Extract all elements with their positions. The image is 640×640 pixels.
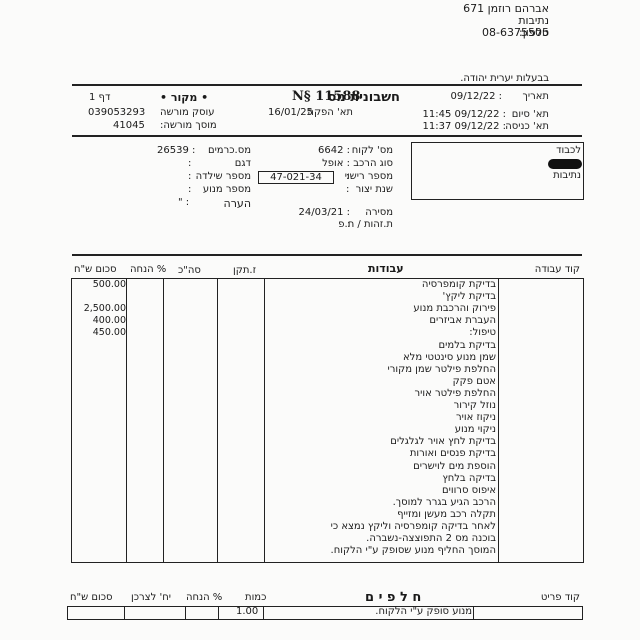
service-line: בדיקה בלחץ bbox=[442, 473, 496, 484]
invoice-number: N§ 11588 bbox=[292, 89, 360, 104]
date-label: תאריך bbox=[522, 91, 549, 102]
header-total-hours: סה"כ bbox=[178, 265, 201, 276]
part-description: מנוע סופק ע"י הלקוח. bbox=[375, 606, 472, 617]
header-parts-discount: % הנחה bbox=[186, 592, 222, 603]
services-table bbox=[71, 278, 584, 563]
chassis-label: מספר שילדה bbox=[196, 171, 251, 182]
service-line: לאחר בדיקה קומפרסיה וליקץ נמצא כי bbox=[331, 521, 496, 532]
original-label: • מקור • bbox=[160, 91, 208, 104]
service-line: טיפול: bbox=[469, 327, 496, 338]
header-parts: ח ל פ י ם bbox=[365, 590, 421, 605]
col-divider bbox=[473, 606, 474, 620]
service-line: בדיקת ליקץ' bbox=[443, 291, 496, 302]
year-label: שנת יצור bbox=[356, 184, 393, 195]
dealer-value: 039053293 bbox=[88, 107, 145, 118]
header-tech-time: ז.תקן bbox=[233, 265, 256, 276]
km-label: מס.כרמים bbox=[208, 145, 251, 156]
col-divider bbox=[218, 606, 219, 620]
service-line: העברת אביזרים bbox=[429, 315, 496, 326]
end-value: : 09/12/22 11:45 bbox=[423, 109, 507, 120]
vehicle-type-label: סוג הרכב bbox=[353, 158, 393, 169]
license-plate-field: 47-021-34 bbox=[258, 171, 334, 184]
vehicle-type: : אופל bbox=[322, 158, 350, 169]
header-works: עבודות bbox=[368, 262, 404, 275]
customer-name-redacted bbox=[548, 159, 582, 169]
service-amount: 500.00 bbox=[93, 279, 126, 290]
service-line: אטם פקק bbox=[453, 376, 496, 387]
service-line: בדיקת פנסים ואורות bbox=[410, 448, 496, 459]
header-parts-amount: סכום ש"ח bbox=[70, 592, 113, 603]
license-label: מספר רישוי bbox=[345, 171, 393, 182]
engine-value: : bbox=[188, 184, 191, 195]
entry-value: : 09/12/22 11:37 bbox=[423, 121, 507, 132]
garage-label: מוסך מורשה: bbox=[160, 120, 217, 131]
col-divider bbox=[124, 606, 125, 620]
note-value: " : bbox=[178, 197, 189, 208]
header-unit-price: יח' לצרכן bbox=[131, 592, 171, 603]
km-value: 26539 : bbox=[157, 145, 195, 156]
end-label: תא' סיום bbox=[512, 109, 549, 120]
year-value: : bbox=[346, 184, 349, 195]
company-phone: 08-6375505 bbox=[482, 26, 549, 39]
entry-label: תא' כניסה bbox=[505, 121, 549, 132]
id-value: : bbox=[347, 219, 350, 230]
service-line: פירוק והרכבת מנוע bbox=[413, 303, 496, 314]
issue-value: 16/01/25 bbox=[268, 107, 313, 118]
customer-no: : 6642 bbox=[318, 145, 350, 156]
service-line: הוספת מים לוישרים bbox=[413, 461, 496, 472]
service-line: נוזל קירור bbox=[454, 400, 496, 411]
garage-value: 41045 bbox=[113, 120, 145, 131]
date-value: : 09/12/22 bbox=[451, 91, 502, 102]
service-line: ניקוי מנוע bbox=[455, 424, 496, 435]
model-label: דגם bbox=[235, 158, 251, 169]
parts-row bbox=[67, 606, 583, 620]
engine-label: מספר מנוע bbox=[203, 184, 251, 195]
model-value: : bbox=[188, 158, 191, 169]
service-line: המוסך החליף מנוע שסופק ע"י הלקוח. bbox=[331, 545, 496, 556]
delivery-value: : 24/03/21 bbox=[299, 207, 350, 218]
part-qty: 1.00 bbox=[236, 606, 258, 617]
col-divider bbox=[264, 278, 265, 563]
header-part-code: קוד פריט bbox=[541, 592, 580, 603]
service-line: החלפת פילטר שמן מקורי bbox=[388, 364, 497, 375]
service-line: בדיקת בלמים bbox=[439, 340, 496, 351]
service-line: תקלה רכב מעשן ומזייף bbox=[397, 509, 496, 520]
service-line: בדיקת קומפרסיה bbox=[422, 279, 496, 290]
service-line: איפוס סרווים bbox=[442, 485, 496, 496]
col-divider bbox=[185, 606, 186, 620]
col-divider bbox=[498, 278, 499, 563]
customer-no-label: מס' לקוח bbox=[352, 145, 393, 156]
service-line: החלפת פילטר אויר bbox=[414, 388, 496, 399]
col-divider bbox=[263, 606, 264, 620]
customer-city: נתיבות bbox=[553, 170, 581, 181]
section-rule bbox=[72, 254, 582, 256]
col-divider bbox=[126, 278, 127, 563]
chassis-value: : bbox=[188, 171, 191, 182]
dealer-label: עוסק מורשה bbox=[160, 107, 215, 118]
service-amount: 450.00 bbox=[93, 327, 126, 338]
service-line: הרכב הגיע בגרר למוסך. bbox=[393, 497, 496, 508]
service-line: שמן מנוע סינטטי מלא bbox=[403, 352, 496, 363]
note-label: הערה bbox=[224, 197, 251, 210]
header-amount: סכום ש"ח bbox=[74, 264, 117, 275]
service-amount: 400.00 bbox=[93, 315, 126, 326]
service-line: ניקוז אויר bbox=[456, 412, 496, 423]
page-label: דף 1 bbox=[89, 92, 110, 103]
service-amount: 2,500.00 bbox=[84, 303, 126, 314]
customer-to-label: לכבוד bbox=[556, 145, 581, 156]
header-work-code: קוד עבודה bbox=[535, 264, 580, 275]
header-rule bbox=[72, 84, 582, 86]
license-colon: : bbox=[346, 171, 349, 182]
issue-label: תא' הפקה bbox=[307, 107, 353, 118]
service-line: בדיקת לחץ אויר לגלגלים bbox=[390, 436, 496, 447]
delivery-label: מסירה bbox=[365, 207, 393, 218]
col-divider bbox=[217, 278, 218, 563]
service-line: בוכנה מס 2 התפוצצה-נשברה. bbox=[366, 533, 496, 544]
header-qty: כמות bbox=[245, 592, 266, 603]
header-discount: % הנחה bbox=[130, 264, 166, 275]
header-rule-2 bbox=[72, 135, 582, 137]
col-divider bbox=[163, 278, 164, 563]
